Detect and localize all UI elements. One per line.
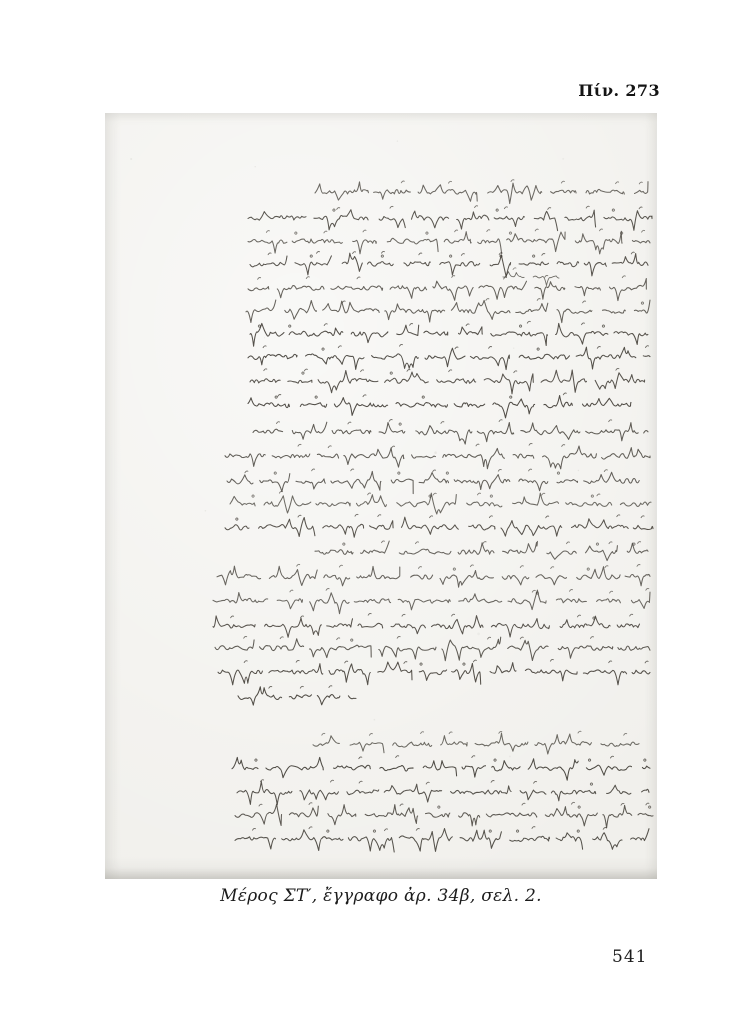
book-page: Πίν. 273 Μέρος ΣΤ′, ἔγγραφο ἀρ. 34β, σελ… [0, 0, 743, 1027]
manuscript-photo [105, 113, 657, 879]
plate-label: Πίν. 273 [578, 81, 660, 100]
page-number: 541 [612, 947, 647, 967]
figure-caption: Μέρος ΣΤ′, ἔγγραφο ἀρ. 34β, σελ. 2. [105, 886, 657, 906]
handwriting-facsimile [105, 113, 657, 879]
